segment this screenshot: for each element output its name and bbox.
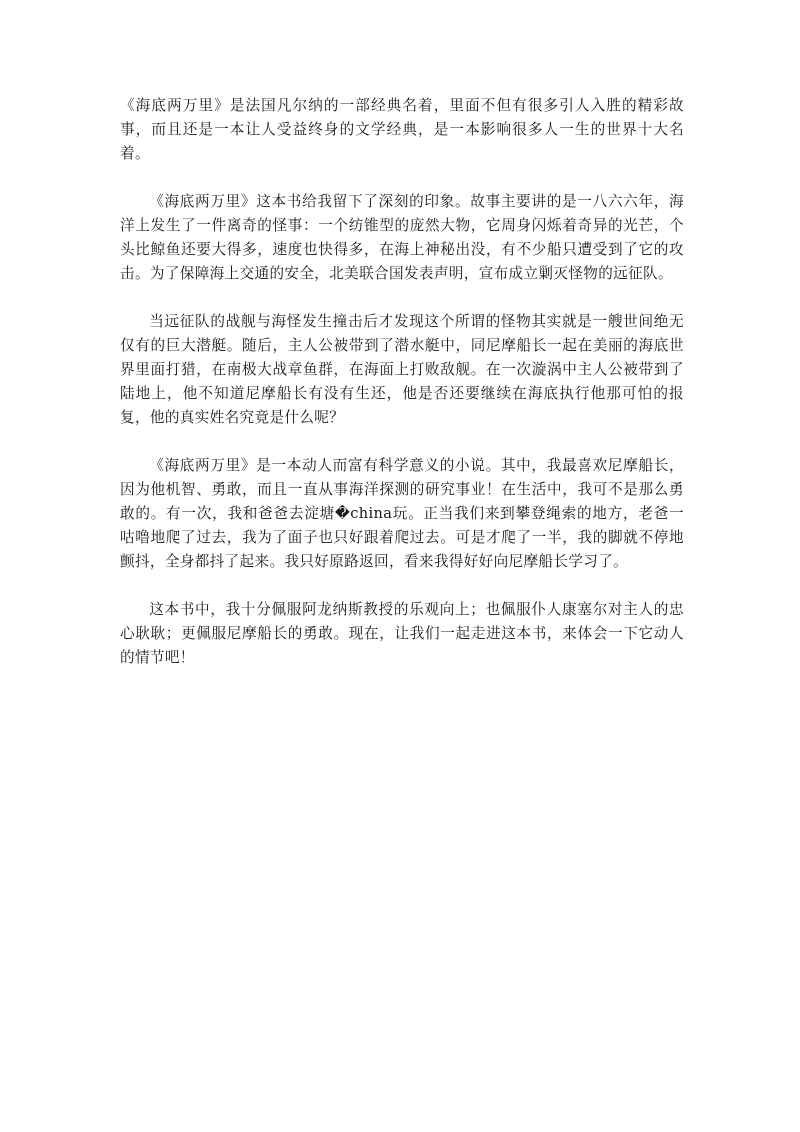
paragraph-story-summary: 《海底两万里》这本书给我留下了深刻的印象。故事主要讲的是一八六六年，海洋上发生了… xyxy=(120,190,684,286)
document-page: 《海底两万里》是法国凡尔纳的一部经典名着，里面不但有很多引人入胜的精彩故事，而且… xyxy=(120,94,684,694)
paragraph-personal-experience: 《海底两万里》是一本动人而富有科学意义的小说。其中，我最喜欢尼摩船长，因为他机智… xyxy=(120,454,684,574)
paragraph-intro: 《海底两万里》是法国凡尔纳的一部经典名着，里面不但有很多引人入胜的精彩故事，而且… xyxy=(120,94,684,166)
paragraph-submarine: 当远征队的战舰与海怪发生撞击后才发现这个所谓的怪物其实就是一艘世间绝无仅有的巨大… xyxy=(120,310,684,430)
paragraph-conclusion: 这本书中，我十分佩服阿龙纳斯教授的乐观向上；也佩服仆人康塞尔对主人的忠心耿耿；更… xyxy=(120,598,684,670)
